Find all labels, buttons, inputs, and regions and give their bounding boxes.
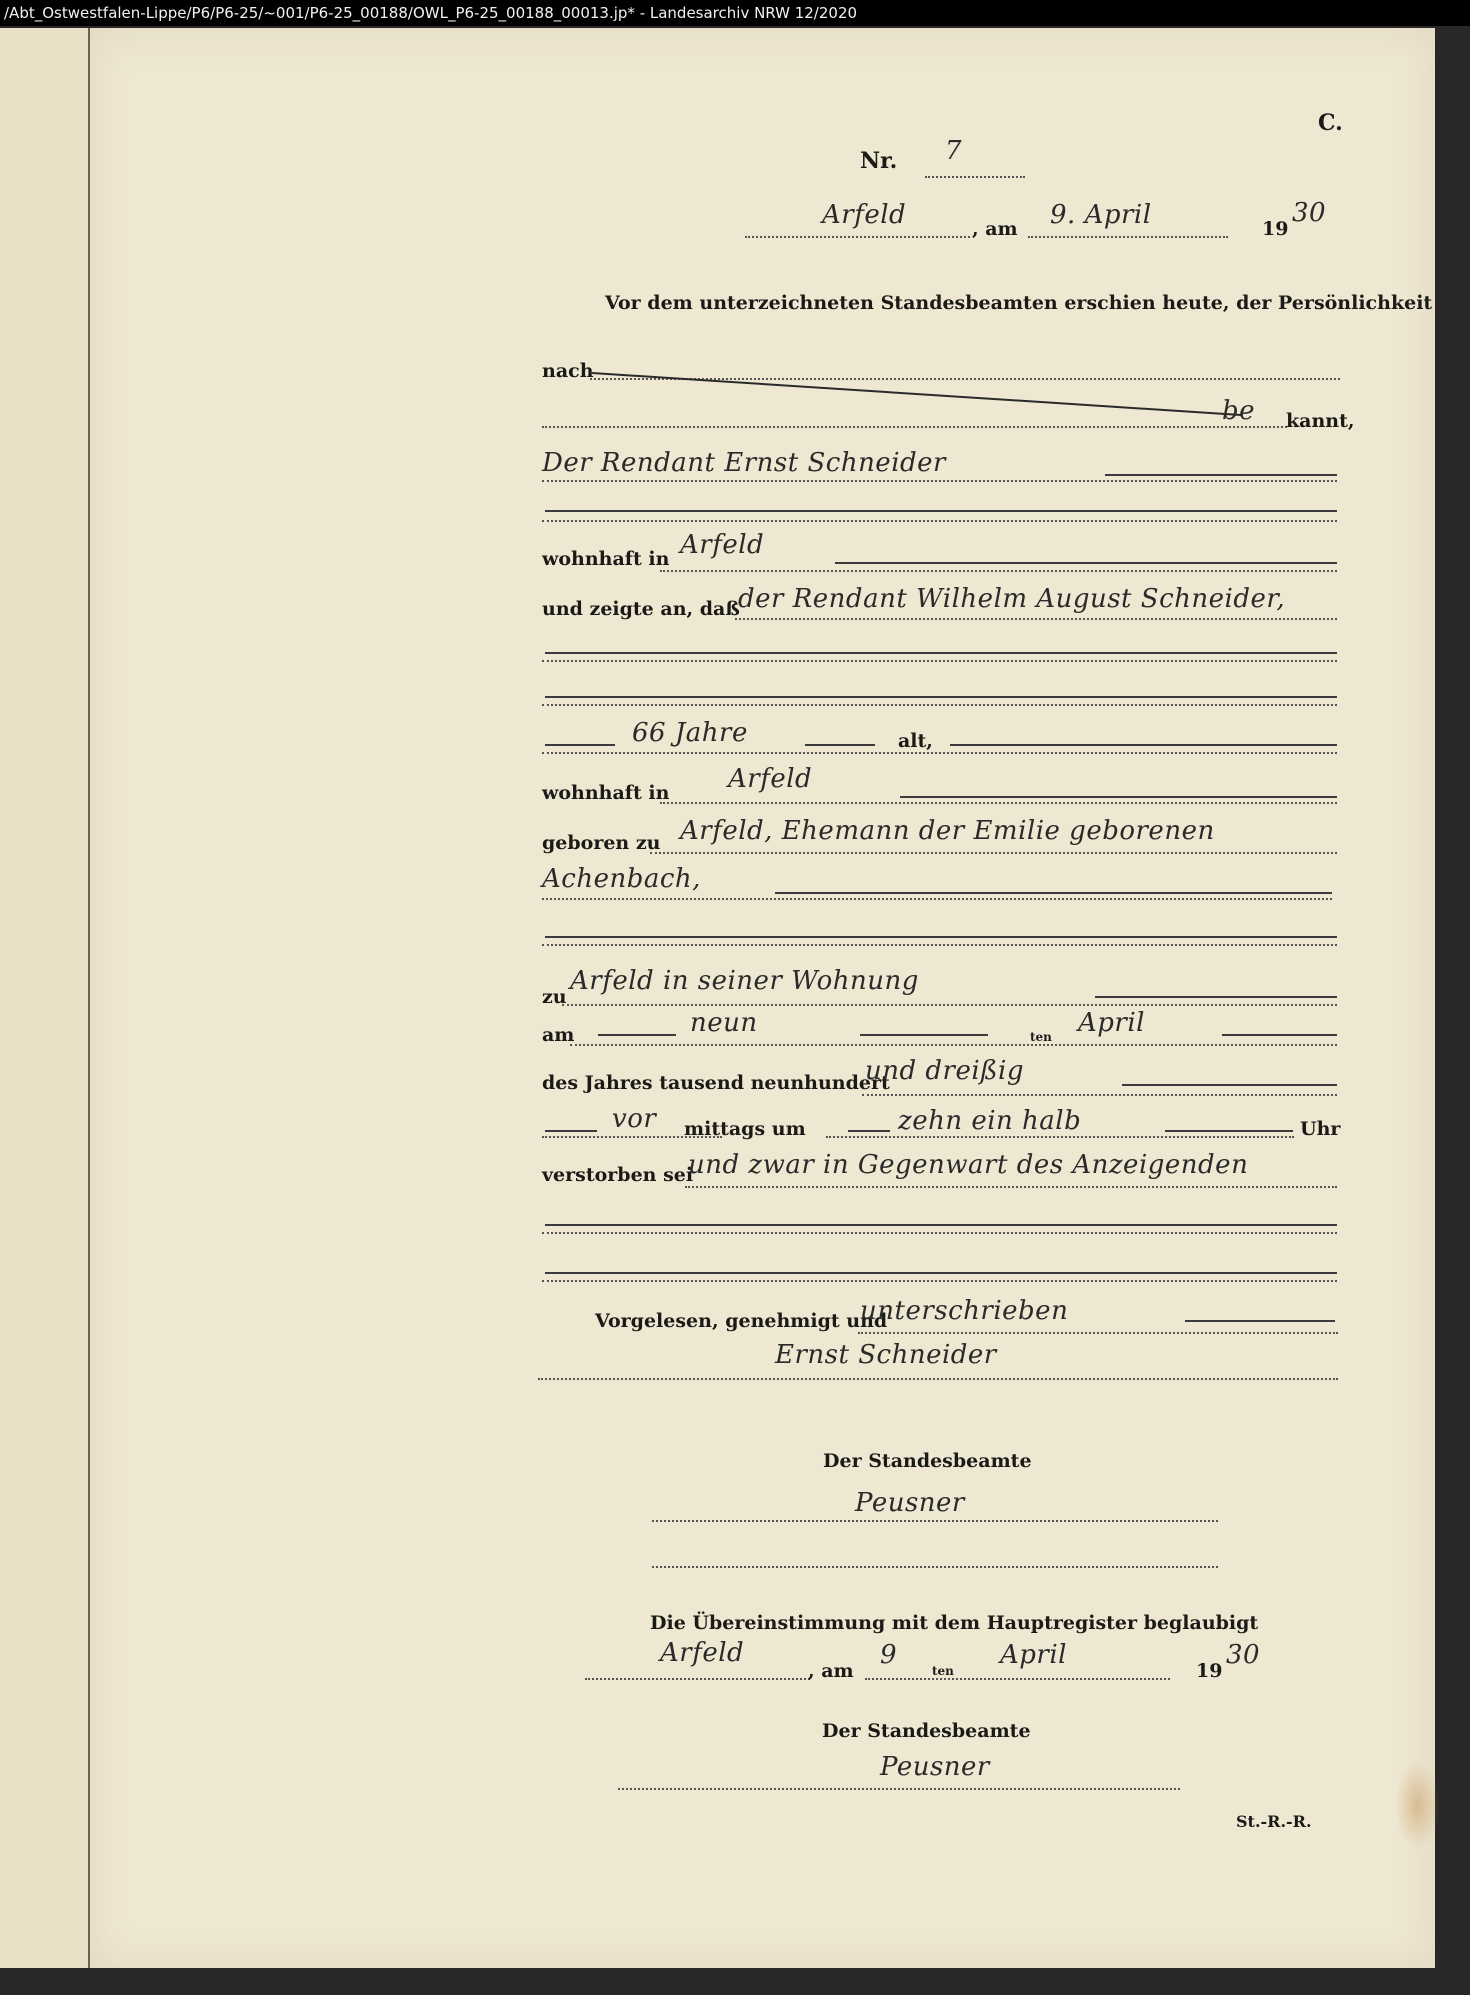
ten-label: ten — [1030, 1030, 1052, 1044]
born-label: geboren zu — [542, 832, 660, 854]
day-fill-right — [860, 1034, 988, 1036]
born-line — [650, 852, 1337, 854]
announced-label: und zeigte an, daß — [542, 598, 740, 620]
age-line — [542, 752, 1337, 754]
blank-fill-line-3 — [545, 696, 1337, 698]
born-cont-fill — [775, 892, 1332, 894]
binding-fold-line — [88, 28, 90, 1968]
place-value: Arfeld — [822, 200, 906, 230]
cert-month: April — [1000, 1640, 1067, 1670]
deceased-line — [735, 618, 1337, 620]
cert-place: Arfeld — [660, 1638, 744, 1668]
registrar-label: Der Standesbeamte — [823, 1450, 1032, 1472]
nr-label: Nr. — [860, 148, 897, 174]
document-page — [90, 28, 1435, 1968]
death-place: Arfeld in seiner Wohnung — [570, 966, 919, 996]
death-place-fill — [1095, 996, 1337, 998]
blank-fill-line — [545, 510, 1337, 512]
blank-line-5 — [542, 1232, 1337, 1234]
age-fill-trailing — [950, 744, 1337, 746]
born-cont-line — [542, 898, 1332, 900]
month-value: April — [1078, 1008, 1145, 1038]
cert-registrar-line — [618, 1788, 1180, 1790]
bekannt-handwritten: be — [1222, 396, 1255, 426]
deceased-residence: Arfeld — [728, 764, 812, 794]
date-line — [1028, 236, 1228, 238]
time-prefix-fill — [545, 1130, 597, 1132]
month-fill — [1222, 1034, 1337, 1036]
born-value-cont: Achenbach, — [542, 864, 701, 894]
cert-date-line — [865, 1678, 1170, 1680]
born-value: Arfeld, Ehemann der Emilie geborenen — [680, 816, 1215, 846]
time-prefix-value: vor — [612, 1104, 656, 1134]
informant-signature: Ernst Schneider — [775, 1340, 997, 1370]
registrar-blank-line — [652, 1566, 1218, 1568]
day-fill-left — [598, 1034, 676, 1036]
age-value: 66 Jahre — [632, 718, 748, 748]
died-value: und zwar in Gegenwart des Anzeigenden — [688, 1150, 1248, 1180]
blank-line-4 — [542, 944, 1337, 946]
informant-signature-line — [538, 1378, 1338, 1380]
paper-stain — [1395, 1760, 1440, 1850]
bekannt-label: kannt, — [1286, 410, 1355, 432]
informant-line — [542, 480, 1337, 482]
year-prefix: 19 — [1262, 218, 1288, 240]
died-line — [685, 1186, 1337, 1188]
deceased-residence-label: wohnhaft in — [542, 782, 669, 804]
informant-residence-line — [660, 570, 1337, 572]
informant-residence-fill — [835, 562, 1337, 564]
read-line — [858, 1332, 1338, 1334]
death-place-line — [562, 1004, 1337, 1006]
informant-residence-label: wohnhaft in — [542, 548, 669, 570]
am-label: , am — [972, 218, 1018, 240]
registrar-signature: Peusner — [855, 1488, 965, 1518]
time-label: mittags um — [684, 1118, 806, 1140]
informant-name: Der Rendant Ernst Schneider — [542, 448, 946, 478]
blank-line — [542, 520, 1337, 522]
cert-year-prefix: 19 — [1196, 1660, 1222, 1682]
time-line — [826, 1136, 1294, 1138]
cert-registrar-signature: Peusner — [880, 1752, 990, 1782]
intro-line: Vor dem unterzeichneten Standesbeamten e… — [605, 292, 1432, 314]
read-label: Vorgelesen, genehmigt und — [595, 1310, 887, 1332]
deceased-residence-line — [660, 802, 1337, 804]
cert-registrar-label: Der Standesbeamte — [822, 1720, 1031, 1742]
age-label: alt, — [898, 730, 933, 752]
blank-fill-line-5 — [545, 1224, 1337, 1226]
year-suffix: 30 — [1292, 198, 1326, 228]
time-value: zehn ein halb — [898, 1106, 1081, 1136]
form-letter: C. — [1318, 110, 1343, 136]
cert-day: 9 — [880, 1640, 897, 1670]
uhr-label: Uhr — [1300, 1118, 1340, 1140]
read-fill — [1185, 1320, 1335, 1322]
bekannt-line — [542, 426, 1287, 428]
informant-fill-line — [1105, 474, 1337, 476]
footer-code: St.-R.-R. — [1236, 1812, 1312, 1831]
window-title-bar: /Abt_Ostwestfalen-Lippe/P6/P6-25/~001/P6… — [0, 0, 1470, 26]
cert-place-line — [585, 1678, 810, 1680]
year-line — [862, 1094, 1337, 1096]
blank-line-6 — [542, 1280, 1337, 1282]
certification-label: Die Übereinstimmung mit dem Hauptregiste… — [650, 1612, 1258, 1634]
age-fill-right — [805, 744, 875, 746]
deceased-residence-fill — [900, 796, 1337, 798]
registrar-signature-line — [652, 1520, 1218, 1522]
cert-ten-label: ten — [932, 1664, 954, 1678]
cert-year-suffix: 30 — [1226, 1640, 1260, 1670]
blank-line-2 — [542, 660, 1337, 662]
read-value: unterschrieben — [860, 1296, 1068, 1326]
blank-fill-line-2 — [545, 652, 1337, 654]
year-label: des Jahres tausend neunhundert — [542, 1072, 890, 1094]
age-fill-left — [545, 744, 615, 746]
time-fill-left — [848, 1130, 890, 1132]
blank-fill-line-6 — [545, 1272, 1337, 1274]
nr-value: 7 — [945, 136, 962, 166]
time-fill-right — [1165, 1130, 1293, 1132]
informant-residence: Arfeld — [680, 530, 764, 560]
blank-line-3 — [542, 704, 1337, 706]
blank-fill-line-4 — [545, 936, 1337, 938]
day-label: am — [542, 1024, 574, 1046]
day-line — [570, 1044, 1337, 1046]
date-value: 9. April — [1050, 200, 1152, 230]
day-value: neun — [690, 1008, 758, 1038]
year-fill — [1122, 1084, 1337, 1086]
deceased-name: der Rendant Wilhelm August Schneider, — [738, 584, 1285, 614]
place-line — [745, 236, 970, 238]
left-page-edge — [0, 28, 90, 1968]
nr-line — [925, 176, 1025, 178]
died-label: verstorben sei — [542, 1164, 693, 1186]
nach-label: nach — [542, 360, 594, 382]
window-title: /Abt_Ostwestfalen-Lippe/P6/P6-25/~001/P6… — [4, 4, 857, 22]
year-value: und dreißig — [865, 1056, 1024, 1086]
cert-am-label: , am — [808, 1660, 854, 1682]
